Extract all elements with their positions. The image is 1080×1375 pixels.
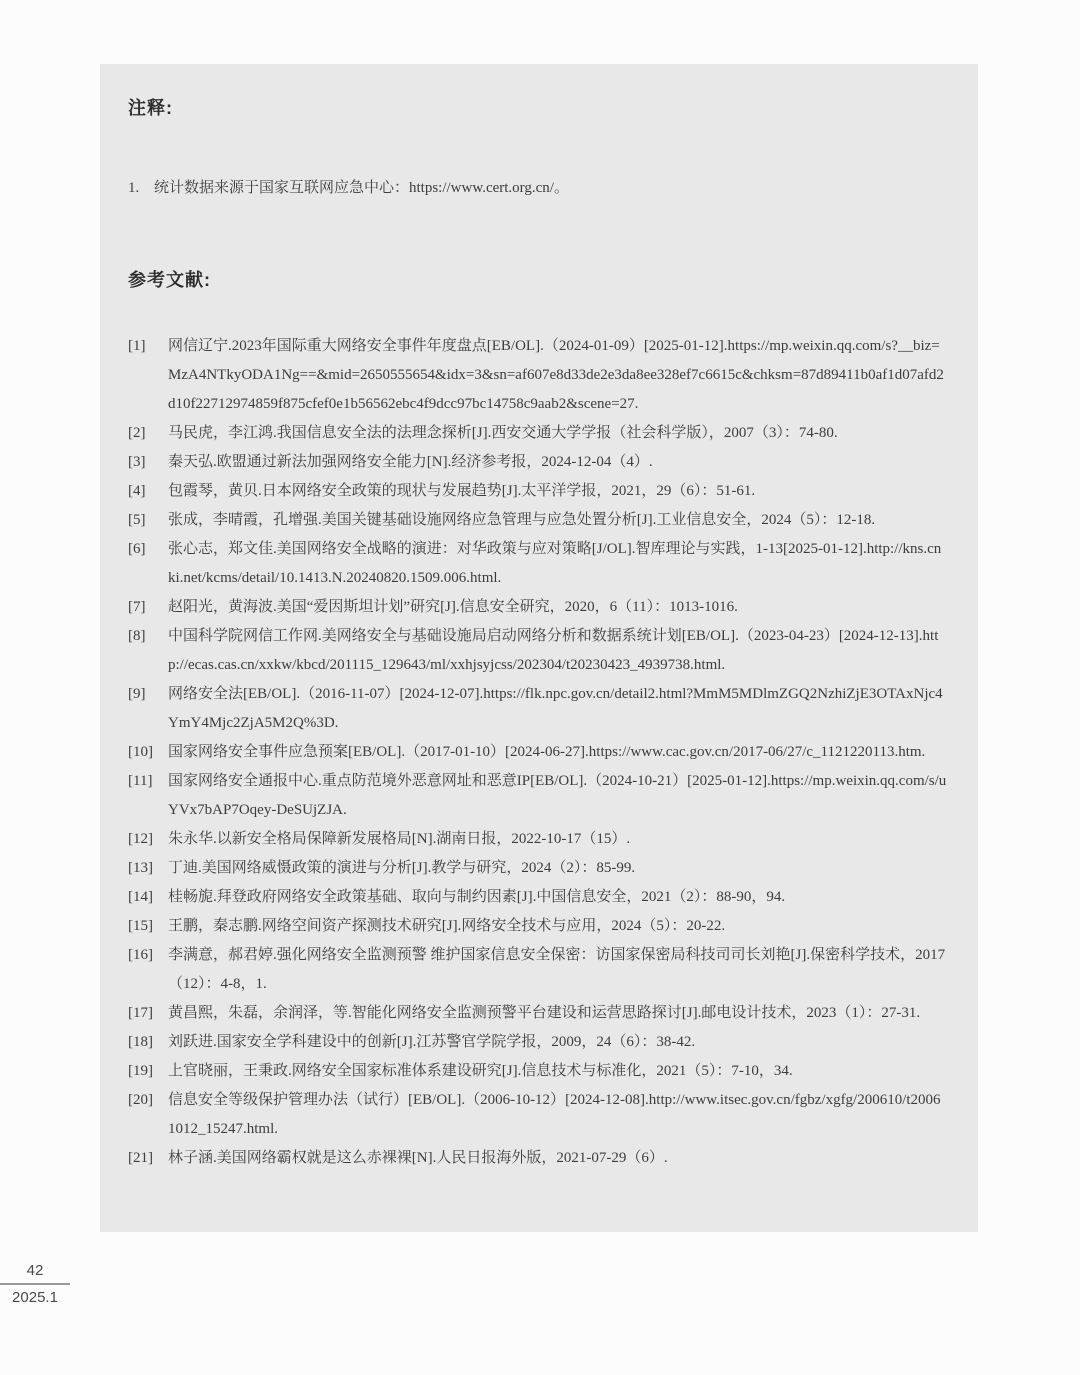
note-text: 统计数据来源于国家互联网应急中心：https://www.cert.org.cn… [154,176,569,200]
reference-text: 网信辽宁.2023年国际重大网络安全事件年度盘点[EB/OL].（2024-01… [168,332,948,419]
reference-item: [8] 中国科学院网信工作网.美网络安全与基础设施局启动网络分析和数据系统计划[… [128,622,948,680]
reference-text: 林子涵.美国网络霸权就是这么赤裸裸[N].人民日报海外版，2021-07-29（… [168,1144,948,1173]
reference-item: [12] 朱永华.以新安全格局保障新发展格局[N].湖南日报，2022-10-1… [128,825,948,854]
reference-text: 马民虎，李江鸿.我国信息安全法的法理念探析[J].西安交通大学学报（社会科学版）… [168,419,948,448]
reference-number: [11] [128,767,168,825]
reference-text: 王鹏，秦志鹏.网络空间资产探测技术研究[J].网络安全技术与应用，2024（5）… [168,912,948,941]
reference-item: [20] 信息安全等级保护管理办法（试行）[EB/OL].（2006-10-12… [128,1086,948,1144]
reference-text: 黄昌熙，朱磊，余润泽，等.智能化网络安全监测预警平台建设和运营思路探讨[J].邮… [168,999,948,1028]
reference-number: [3] [128,448,168,477]
reference-number: [2] [128,419,168,448]
reference-number: [17] [128,999,168,1028]
reference-number: [5] [128,506,168,535]
reference-text: 张成，李晴霞，孔增强.美国关键基础设施网络应急管理与应急处置分析[J].工业信息… [168,506,948,535]
reference-number: [1] [128,332,168,419]
reference-list: [1] 网信辽宁.2023年国际重大网络安全事件年度盘点[EB/OL].（202… [128,332,948,1173]
reference-text: 网络安全法[EB/OL].（2016-11-07）[2024-12-07].ht… [168,680,948,738]
reference-number: [10] [128,738,168,767]
reference-text: 朱永华.以新安全格局保障新发展格局[N].湖南日报，2022-10-17（15）… [168,825,948,854]
reference-number: [16] [128,941,168,999]
reference-number: [14] [128,883,168,912]
content-card: 注释: 1. 统计数据来源于国家互联网应急中心：https://www.cert… [100,64,978,1232]
page-footer: 42 2025.1 [0,1262,70,1306]
reference-item: [11] 国家网络安全通报中心.重点防范境外恶意网址和恶意IP[EB/OL].（… [128,767,948,825]
reference-text: 刘跃进.国家安全学科建设中的创新[J].江苏警官学院学报，2009，24（6）：… [168,1028,948,1057]
reference-item: [6] 张心志，郑文佳.美国网络安全战略的演进：对华政策与应对策略[J/OL].… [128,535,948,593]
reference-item: [14] 桂畅旎.拜登政府网络安全政策基础、取向与制约因素[J].中国信息安全，… [128,883,948,912]
reference-text: 信息安全等级保护管理办法（试行）[EB/OL].（2006-10-12）[202… [168,1086,948,1144]
reference-item: [17] 黄昌熙，朱磊，余润泽，等.智能化网络安全监测预警平台建设和运营思路探讨… [128,999,948,1028]
reference-number: [6] [128,535,168,593]
reference-number: [4] [128,477,168,506]
reference-number: [7] [128,593,168,622]
reference-item: [5] 张成，李晴霞，孔增强.美国关键基础设施网络应急管理与应急处置分析[J].… [128,506,948,535]
reference-item: [16] 李满意，郝君婷.强化网络安全监测预警 维护国家信息安全保密：访国家保密… [128,941,948,999]
reference-item: [21] 林子涵.美国网络霸权就是这么赤裸裸[N].人民日报海外版，2021-0… [128,1144,948,1173]
reference-item: [3] 秦天弘.欧盟通过新法加强网络安全能力[N].经济参考报，2024-12-… [128,448,948,477]
reference-text: 赵阳光，黄海波.美国“爱因斯坦计划”研究[J].信息安全研究，2020，6（11… [168,593,948,622]
reference-text: 张心志，郑文佳.美国网络安全战略的演进：对华政策与应对策略[J/OL].智库理论… [168,535,948,593]
reference-item: [13] 丁迪.美国网络威慑政策的演进与分析[J].教学与研究，2024（2）：… [128,854,948,883]
reference-number: [8] [128,622,168,680]
page-number: 42 [0,1262,70,1283]
reference-text: 包霞琴，黄贝.日本网络安全政策的现状与发展趋势[J].太平洋学报，2021，29… [168,477,948,506]
reference-item: [7] 赵阳光，黄海波.美国“爱因斯坦计划”研究[J].信息安全研究，2020，… [128,593,948,622]
reference-text: 桂畅旎.拜登政府网络安全政策基础、取向与制约因素[J].中国信息安全，2021（… [168,883,948,912]
reference-text: 上官晓丽，王秉政.网络安全国家标准体系建设研究[J].信息技术与标准化，2021… [168,1057,948,1086]
note-item: 1. 统计数据来源于国家互联网应急中心：https://www.cert.org… [128,176,948,200]
reference-text: 中国科学院网信工作网.美网络安全与基础设施局启动网络分析和数据系统计划[EB/O… [168,622,948,680]
notes-heading: 注释: [128,94,948,120]
reference-item: [2] 马民虎，李江鸿.我国信息安全法的法理念探析[J].西安交通大学学报（社会… [128,419,948,448]
reference-text: 国家网络安全通报中心.重点防范境外恶意网址和恶意IP[EB/OL].（2024-… [168,767,948,825]
references-heading: 参考文献: [128,266,948,292]
reference-number: [13] [128,854,168,883]
reference-item: [18] 刘跃进.国家安全学科建设中的创新[J].江苏警官学院学报，2009，2… [128,1028,948,1057]
reference-number: [9] [128,680,168,738]
reference-text: 国家网络安全事件应急预案[EB/OL].（2017-01-10）[2024-06… [168,738,948,767]
reference-item: [9] 网络安全法[EB/OL].（2016-11-07）[2024-12-07… [128,680,948,738]
reference-number: [21] [128,1144,168,1173]
reference-item: [10] 国家网络安全事件应急预案[EB/OL].（2017-01-10）[20… [128,738,948,767]
reference-item: [1] 网信辽宁.2023年国际重大网络安全事件年度盘点[EB/OL].（202… [128,332,948,419]
issue-label: 2025.1 [0,1285,70,1306]
reference-text: 丁迪.美国网络威慑政策的演进与分析[J].教学与研究，2024（2）：85-99… [168,854,948,883]
reference-text: 李满意，郝君婷.强化网络安全监测预警 维护国家信息安全保密：访国家保密局科技司司… [168,941,948,999]
reference-item: [4] 包霞琴，黄贝.日本网络安全政策的现状与发展趋势[J].太平洋学报，202… [128,477,948,506]
reference-item: [19] 上官晓丽，王秉政.网络安全国家标准体系建设研究[J].信息技术与标准化… [128,1057,948,1086]
reference-number: [18] [128,1028,168,1057]
reference-item: [15] 王鹏，秦志鹏.网络空间资产探测技术研究[J].网络安全技术与应用，20… [128,912,948,941]
note-number: 1. [128,176,154,200]
reference-number: [19] [128,1057,168,1086]
reference-text: 秦天弘.欧盟通过新法加强网络安全能力[N].经济参考报，2024-12-04（4… [168,448,948,477]
reference-number: [12] [128,825,168,854]
reference-number: [20] [128,1086,168,1144]
reference-number: [15] [128,912,168,941]
